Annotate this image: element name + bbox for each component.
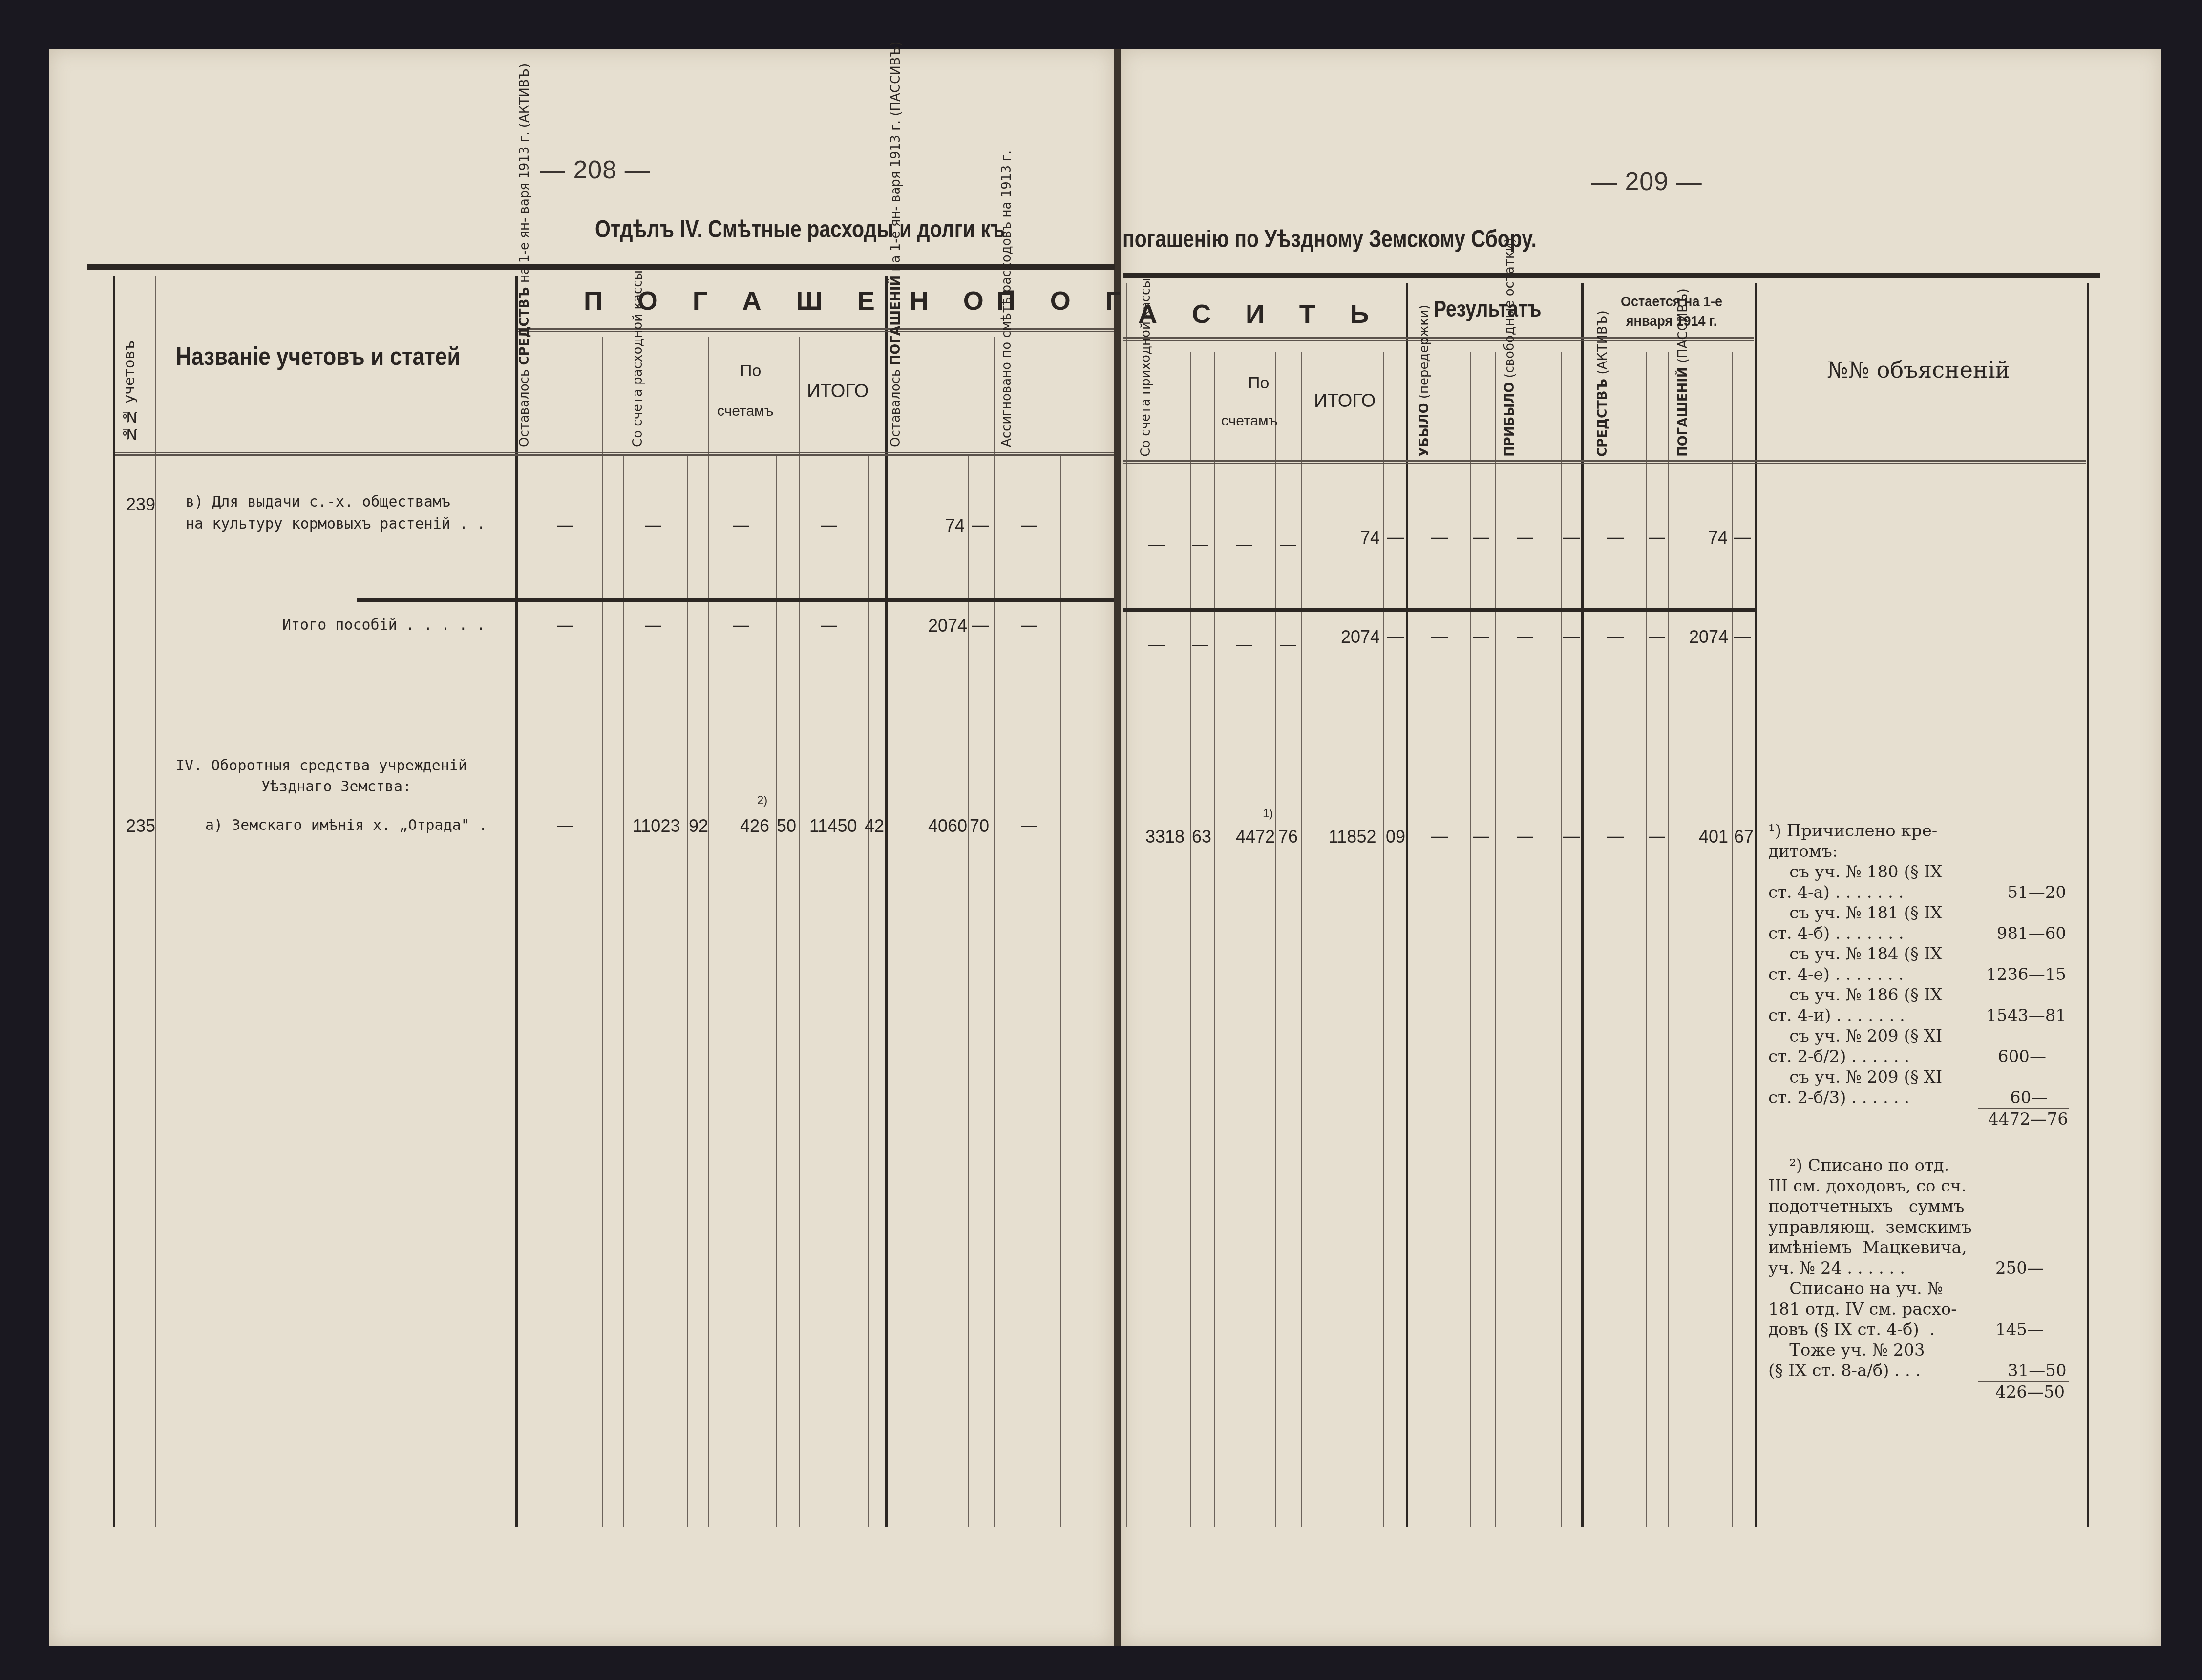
subtotal-rule — [357, 598, 1114, 602]
row-235-by-accounts: 426 — [740, 816, 769, 836]
note-2-amount: 145— — [1995, 1319, 2044, 1340]
col-border — [1755, 283, 1757, 1527]
col-border — [968, 454, 969, 1527]
row-235-no: 235 — [126, 816, 155, 836]
col-border — [155, 276, 156, 1527]
r-row-239-from-cash: — — [1148, 535, 1165, 554]
col-border — [776, 454, 777, 1527]
r-row-235-total: 11852 — [1329, 827, 1376, 847]
r-subtotal-repay: 2074 — [1689, 627, 1728, 647]
header-assigned: Ассигновано по смѣтѣ расходовъ на 1913 г… — [999, 337, 1062, 447]
r-row-235-assets-kop: — — [1649, 827, 1665, 846]
r-row-239-loss: — — [1431, 528, 1448, 547]
row-239-assigned: — — [1021, 515, 1037, 534]
r-row-235-from-cash: 3318 — [1145, 827, 1185, 847]
note-1-item: съ уч. № 209 (§ XI ст. 2-б/3) . . . . . … — [1768, 1067, 1942, 1108]
row-235-remain-repay-kop: 70 — [970, 816, 989, 836]
r-row-239-loss-kop: — — [1473, 528, 1489, 547]
subtotal-assigned: — — [1021, 616, 1037, 635]
page-number-left: — 208 — — [540, 155, 651, 185]
row-235-remain-assets: — — [557, 816, 573, 835]
col-border — [1470, 352, 1471, 1527]
page-title-left: Отдѣлъ IV. Смѣтные расходы и долги къ — [595, 215, 1005, 243]
col-border — [602, 337, 603, 1527]
header-profit: ПРИБЫЛО (свободные остатки) — [1502, 347, 1556, 457]
subtotal-total: — — [821, 616, 837, 635]
r-subtotal-profit: — — [1517, 627, 1533, 646]
row-235-remain-repay: 4060 — [928, 816, 967, 836]
note-1-amount: 51—20 — [2003, 882, 2066, 903]
col-border — [994, 337, 995, 1527]
note-1-item: съ уч. № 184 (§ IX ст. 4-е) . . . . . . … — [1768, 944, 1942, 985]
r-row-239-total: 74 — [1360, 528, 1380, 548]
row-239-by-accounts: — — [733, 515, 749, 534]
header-remain-assets: Оставалось СРЕДСТВЪ на 1-е ян- варя 1913… — [517, 337, 600, 447]
r-subtotal-loss: — — [1431, 627, 1448, 646]
col-border — [687, 454, 688, 1527]
col-border — [515, 276, 518, 1527]
note-1-amount: 1236—15 — [1983, 964, 2066, 985]
note-1-amount: 600— — [1998, 1046, 2052, 1067]
col-border — [1190, 352, 1191, 1527]
r-subtotal-assets-kop: — — [1649, 627, 1665, 646]
row-235-from-cash-kop: 92 — [689, 816, 708, 836]
r-subtotal-from-cash-kop: — — [1192, 635, 1208, 654]
col-border — [799, 337, 800, 1527]
subtotal-remain-repay: 2074 — [928, 616, 967, 636]
row-235-name: а) Земскаго имѣнія х. „Отрада" . — [205, 817, 487, 834]
col-border — [1301, 352, 1302, 1527]
note-2-amount: 250— — [1995, 1258, 2044, 1278]
header-group-paid: П О Г А Ш Е Н О — [584, 286, 997, 316]
section-iv-heading-2: Уѣзднаго Земства: — [261, 778, 411, 795]
col-border — [1668, 352, 1669, 1527]
header-divider — [518, 328, 1114, 332]
col-border — [1275, 352, 1276, 1527]
row-235-from-cash: 11023 — [633, 816, 680, 836]
note-1-item: съ уч. № 181 (§ IX ст. 4-б) . . . . . . … — [1768, 903, 1942, 944]
header-from-expense-cash: Со счета расходной кассы — [630, 342, 684, 447]
col-border — [623, 454, 624, 1527]
r-row-239-assets-kop: — — [1649, 528, 1665, 547]
r-row-235-loss: — — [1431, 827, 1448, 846]
col-border — [1214, 352, 1215, 1527]
header-name: Названіе учетовъ и статей — [176, 342, 461, 371]
r-row-235-repay: 401 — [1699, 827, 1728, 847]
note-1-amount: 981—60 — [1993, 923, 2066, 944]
r-row-239-repay: 74 — [1708, 528, 1728, 548]
r-row-239-profit-kop: — — [1563, 528, 1580, 547]
col-border — [868, 454, 869, 1527]
header-remains-1914: Остается на 1-е января 1914 г. — [1601, 292, 1742, 331]
note-1-total: 4472—76 — [1988, 1109, 2068, 1129]
header-by-accounts-top-r: По — [1248, 374, 1269, 393]
top-rule-left — [87, 264, 1115, 270]
note-1-heading: ¹) Причислено кре- дитомъ: — [1768, 821, 1937, 862]
col-border — [1383, 352, 1384, 1527]
note-1-amount: 60— — [2010, 1087, 2064, 1108]
col-border — [113, 276, 115, 1527]
header-from-income-cash: Со счета приходной кассы — [1138, 357, 1187, 457]
header-remain-repay: Оставалось ПОГАШЕНІЙ на 1-е ян- варя 191… — [888, 337, 988, 447]
row-239-no: 239 — [126, 494, 155, 515]
r-subtotal-profit-kop: — — [1563, 627, 1580, 646]
header-total: ИТОГО — [807, 381, 868, 402]
right-page — [1121, 49, 2161, 1646]
r-row-235-repay-kop: 67 — [1734, 827, 1754, 847]
r-subtotal-by-accounts: — — [1236, 635, 1252, 654]
r-row-235-loss-kop: — — [1473, 827, 1489, 846]
col-border — [2087, 283, 2089, 1527]
col-border — [708, 337, 709, 1527]
subtotal-label: Итого пособій . . . . . — [282, 617, 485, 634]
header-total-r: ИТОГО — [1314, 391, 1376, 412]
header-repayments: ПОГАШЕНІЙ (ПАССИВЪ) — [1675, 347, 1719, 457]
col-border — [1126, 283, 1127, 1527]
header-result: Результатъ — [1434, 296, 1542, 322]
col-border — [885, 276, 888, 1527]
note-1-item: съ уч. № 209 (§ XI ст. 2-б/2) . . . . . … — [1768, 1026, 1942, 1067]
r-row-235-assets: — — [1607, 827, 1624, 846]
row-239-name-2: на культуру кормовыхъ растеній . . — [186, 515, 486, 532]
footnote-ref-2: 2) — [757, 794, 767, 808]
note-1-item: съ уч. № 186 (§ IX ст. 4-и) . . . . . . … — [1768, 985, 1942, 1026]
r-subtotal-total-kop: — — [1387, 627, 1404, 646]
row-235-by-accounts-kop: 50 — [777, 816, 796, 836]
page-number-right: — 209 — — [1591, 167, 1702, 196]
header-bottom-rule — [115, 452, 1114, 456]
row-235-total: 11450 — [809, 816, 857, 836]
r-row-239-by-accounts-kop: — — [1280, 535, 1296, 554]
r-row-239-assets: — — [1607, 528, 1624, 547]
header-by-accounts-top: По — [740, 362, 761, 381]
r-subtotal-from-cash: — — [1148, 635, 1165, 654]
header-assets: СРЕДСТВЪ (АКТИВЪ) — [1595, 352, 1639, 457]
subtotal-rule — [1123, 608, 1756, 612]
subtotal-remain-assets: — — [557, 616, 573, 635]
header-divider — [1123, 337, 1754, 341]
header-loss: УБЫЛО (передержки) — [1417, 347, 1461, 457]
row-239-remain-repay: 74 — [945, 515, 965, 536]
r-row-239-profit: — — [1517, 528, 1533, 547]
r-subtotal-repay-kop: — — [1734, 627, 1751, 646]
row-239-remain-assets: — — [557, 515, 573, 534]
row-239-from-cash: — — [645, 515, 661, 534]
row-239-total: — — [821, 515, 837, 534]
r-subtotal-total: 2074 — [1341, 627, 1380, 647]
col-border — [1581, 283, 1584, 1527]
top-rule-right — [1123, 273, 2100, 278]
note-2-text: ²) Списано по отд. III см. доходовъ, со … — [1768, 1155, 1972, 1278]
note-2-text: Тоже уч. № 203 (§ IX ст. 8-а/б) . . . — [1768, 1340, 1925, 1381]
r-subtotal-by-accounts-kop: — — [1280, 635, 1296, 654]
subtotal-by-accounts: — — [733, 616, 749, 635]
r-row-235-profit-kop: — — [1563, 827, 1580, 846]
note-2-amount: 31—50 — [2008, 1361, 2067, 1381]
col-border — [1495, 352, 1496, 1527]
footnote-ref-1: 1) — [1263, 807, 1273, 821]
r-row-235-by-accounts-kop: 76 — [1278, 827, 1298, 847]
r-row-235-by-accounts: 4472 — [1236, 827, 1275, 847]
col-border — [1561, 352, 1562, 1527]
header-explanations: №№ объясненій — [1827, 357, 2010, 383]
header-by-accounts-bottom: счетамъ — [717, 403, 773, 420]
header-account-no: №№ учетовъ — [122, 325, 138, 442]
subtotal-from-cash: — — [645, 616, 661, 635]
row-235-total-kop: 42 — [865, 816, 884, 836]
r-row-235-total-kop: 09 — [1386, 827, 1405, 847]
header-group-topay-rest: А С И Т Ь — [1138, 299, 1383, 329]
r-row-239-repay-kop: — — [1734, 528, 1751, 547]
row-239-name-1: в) Для выдачи с.-х. обществамъ — [186, 493, 450, 510]
r-row-239-by-accounts: — — [1236, 535, 1252, 554]
col-border — [1060, 454, 1061, 1527]
col-border — [1646, 352, 1647, 1527]
row-239-remain-repay-kop: — — [972, 515, 989, 534]
col-border — [1406, 283, 1408, 1527]
col-border — [1732, 352, 1733, 1527]
r-subtotal-loss-kop: — — [1473, 627, 1489, 646]
r-row-239-total-kop: — — [1387, 528, 1404, 547]
header-bottom-rule — [1123, 460, 2086, 464]
header-group-topay: П О Г — [996, 286, 1134, 316]
page-title-right: погашенію по Уѣздному Земскому Сбору. — [1122, 225, 1537, 253]
note-1-amount: 1543—81 — [1983, 1005, 2066, 1026]
subtotal-remain-repay-kop: — — [972, 616, 989, 635]
r-row-235-from-cash-kop: 63 — [1192, 827, 1211, 847]
r-subtotal-assets: — — [1607, 627, 1624, 646]
row-235-assigned: — — [1021, 816, 1037, 835]
r-row-235-profit: — — [1517, 827, 1533, 846]
header-by-accounts-bottom-r: счетамъ — [1221, 413, 1277, 429]
note-1-item: съ уч. № 180 (§ IX ст. 4-а) . . . . . . … — [1768, 862, 1942, 903]
note-2-text: Списано на уч. № 181 отд. IV см. расхо- … — [1768, 1278, 1957, 1340]
note-2-total: 426—50 — [1995, 1382, 2065, 1403]
r-row-239-from-cash-kop: — — [1192, 535, 1208, 554]
section-iv-heading-1: IV. Оборотныя средства учрежденій — [176, 757, 467, 774]
